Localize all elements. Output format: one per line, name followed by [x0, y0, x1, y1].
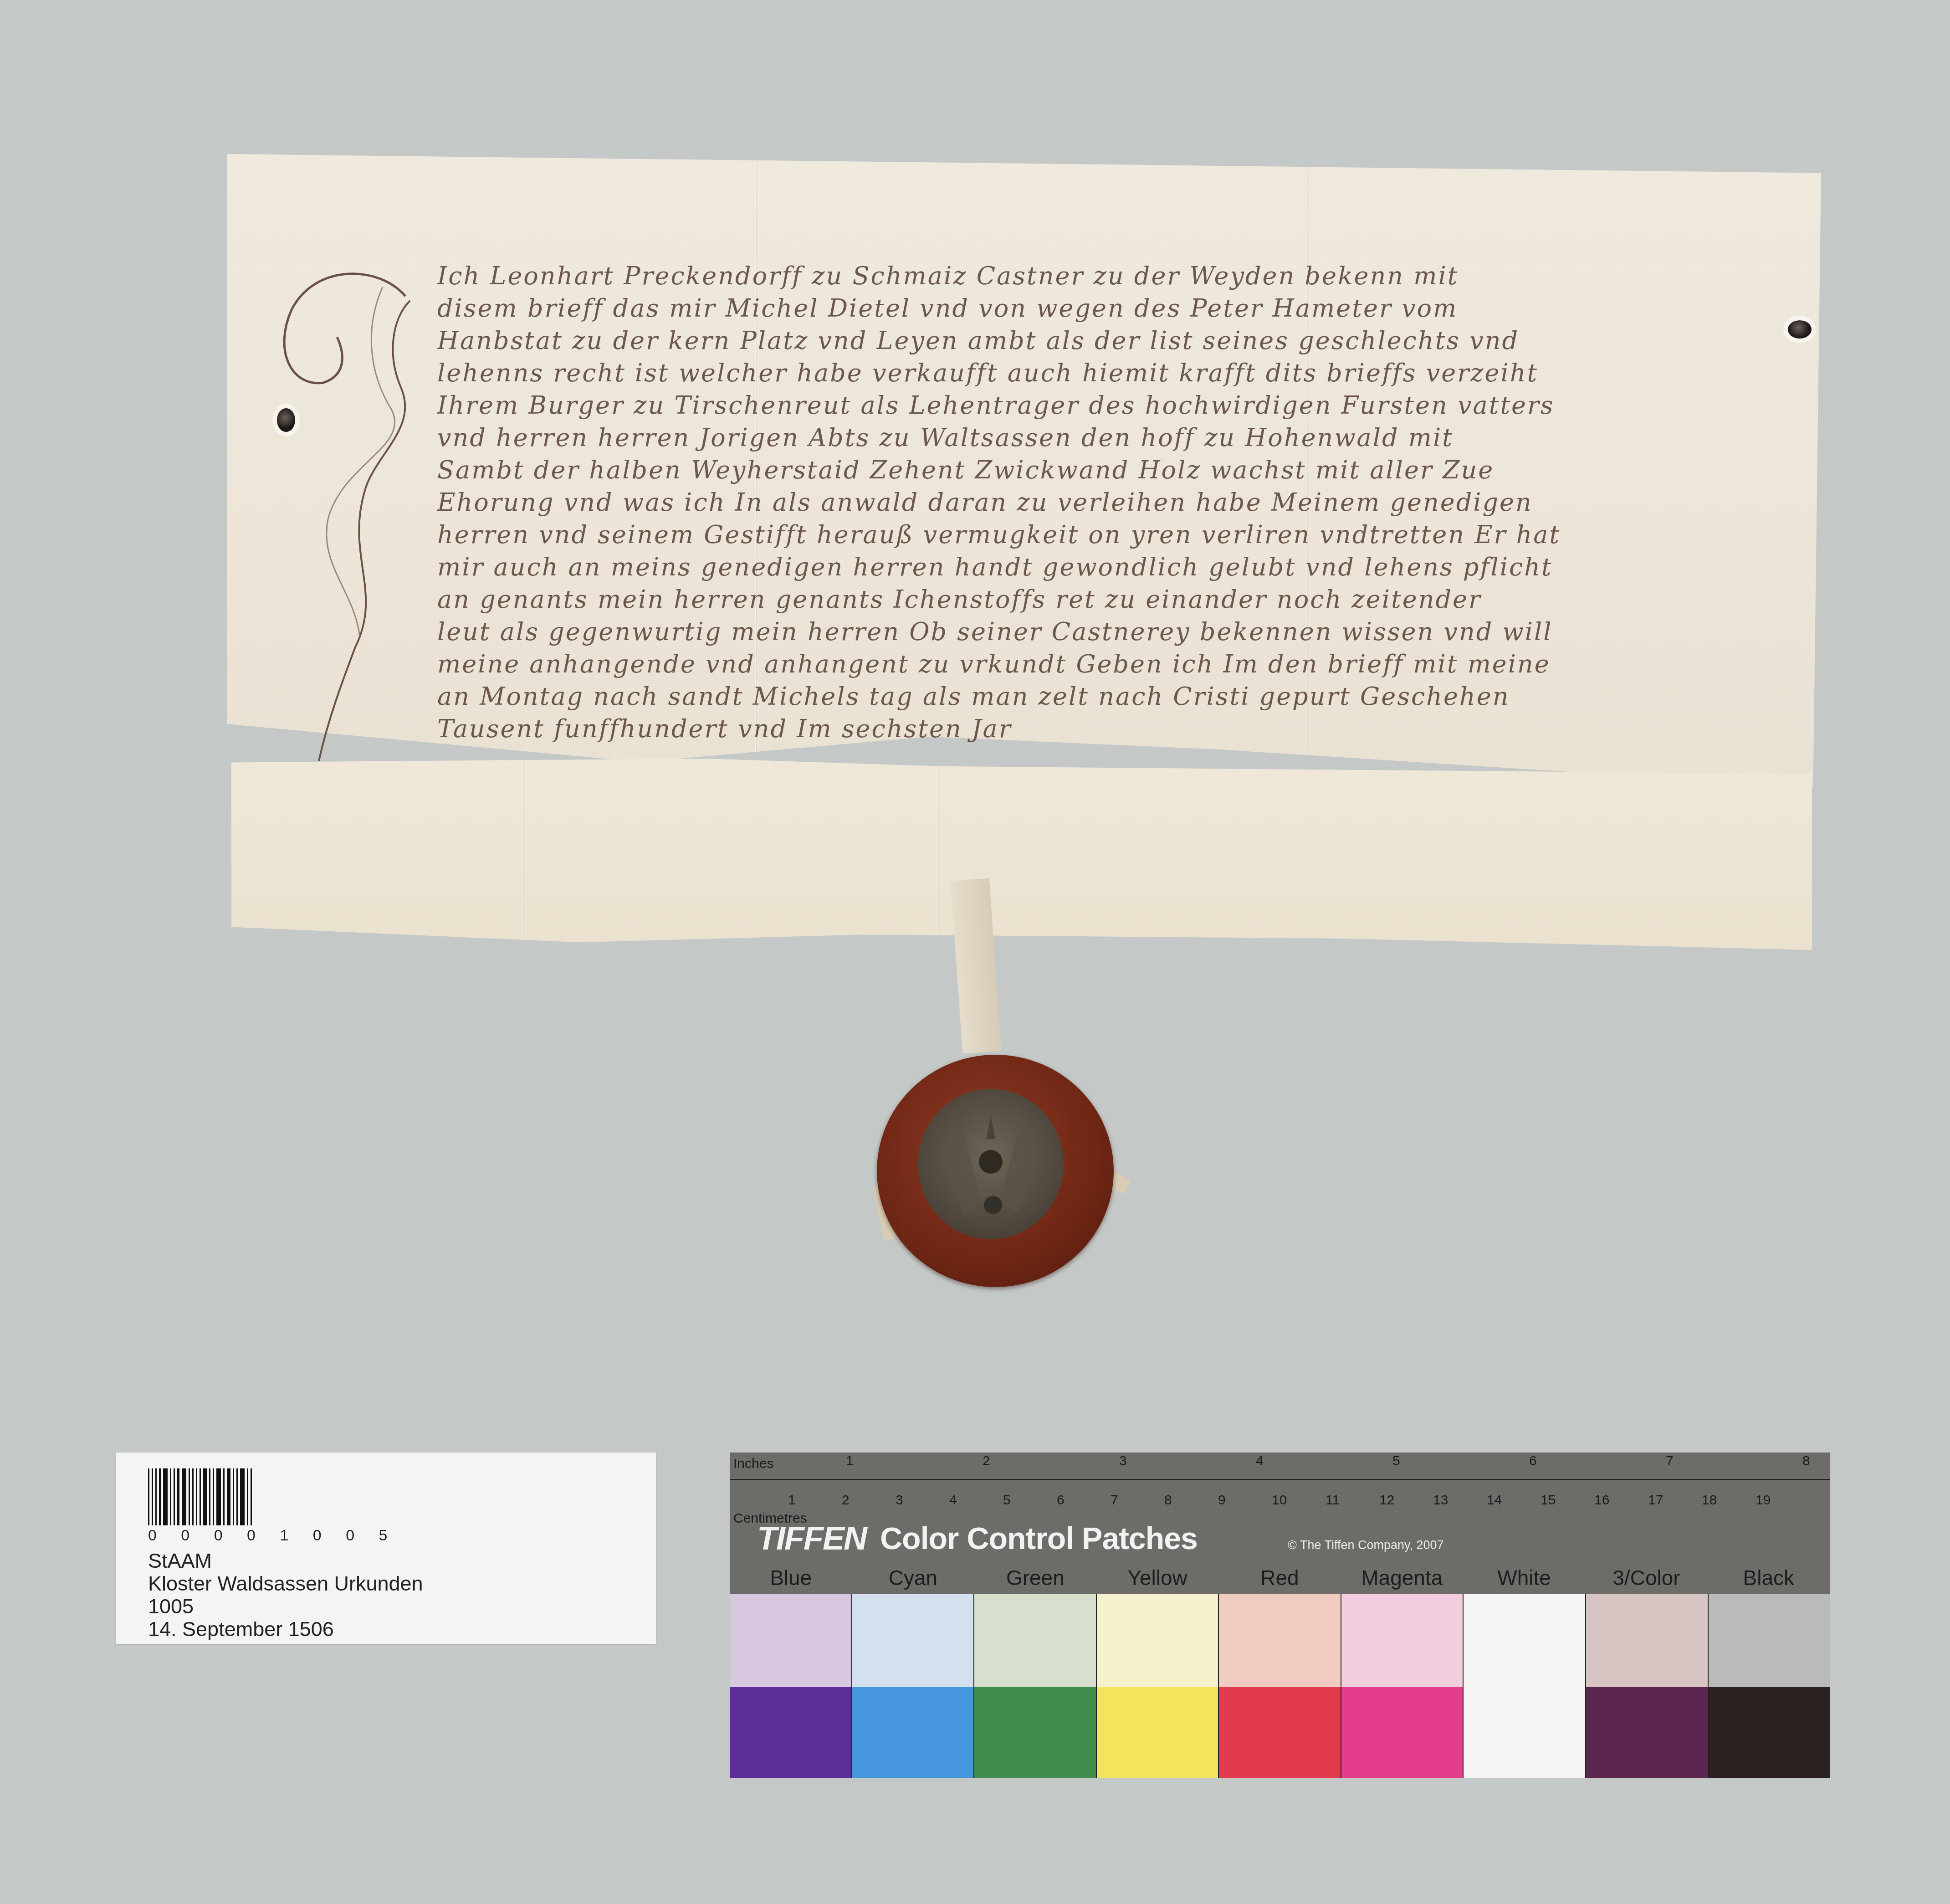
tiffen-color-chart: Inches 1 2 3 4 5 6 7 8 1 2 3 4 5 6 7 8 9… — [730, 1452, 1830, 1778]
script-line: Tausent funffhundert vnd Im sechsten Jar — [437, 713, 1148, 745]
collection-name: Kloster Waldsassen Urkunden — [148, 1572, 423, 1596]
cm-tick-label: 5 — [1003, 1493, 1011, 1508]
script-line: lehenns recht ist welcher habe verkaufft… — [437, 357, 1676, 389]
script-line: meine anhangende vnd anhangent zu vrkund… — [437, 648, 1676, 680]
patch-black — [1708, 1594, 1830, 1778]
wax-seal — [877, 1055, 1114, 1287]
patch-magenta — [1341, 1594, 1463, 1778]
cm-tick-label: 18 — [1702, 1493, 1717, 1508]
patch-blue — [730, 1594, 851, 1778]
cm-tick-label: 7 — [1111, 1493, 1118, 1508]
fold-crease — [523, 759, 526, 950]
script-line: disem brieff das mir Michel Dietel vnd v… — [437, 292, 1676, 324]
fold-crease — [937, 759, 940, 950]
parchment-plica — [231, 759, 1812, 950]
script-line: Ich Leonhart Preckendorff zu Schmaiz Cas… — [437, 260, 1676, 292]
cm-tick-label: 14 — [1487, 1493, 1502, 1508]
patch-label-white: White — [1463, 1565, 1585, 1590]
decorated-initial-icon — [273, 237, 419, 761]
inch-tick-label: 1 — [846, 1453, 854, 1469]
inch-tick-label: 8 — [1802, 1453, 1810, 1469]
tiffen-logo: TIFFEN — [757, 1520, 866, 1557]
cm-tick-label: 15 — [1541, 1493, 1556, 1508]
seal-impression-icon — [918, 1089, 1064, 1239]
inches-label: Inches — [733, 1456, 773, 1472]
patch-red — [1218, 1594, 1341, 1778]
patch-label-3color: 3/Color — [1585, 1565, 1707, 1590]
chart-copyright: © The Tiffen Company, 2007 — [1288, 1538, 1444, 1552]
barcode-icon — [148, 1468, 254, 1525]
patch-label-yellow: Yellow — [1096, 1565, 1218, 1590]
document-number: 1005 — [148, 1595, 194, 1618]
patch-label-black: Black — [1708, 1565, 1830, 1590]
color-patches — [730, 1594, 1830, 1778]
cm-tick-label: 8 — [1164, 1493, 1172, 1508]
script-line: Hanbstat zu der kern Platz vnd Leyen amb… — [437, 324, 1676, 357]
inch-tick-label: 5 — [1392, 1453, 1400, 1469]
script-line: an genants mein herren genants Ichenstof… — [437, 583, 1676, 616]
cm-tick-label: 10 — [1272, 1493, 1287, 1508]
cm-tick-label: 12 — [1379, 1493, 1394, 1508]
cm-tick-label: 11 — [1326, 1493, 1340, 1508]
inch-tick-label: 6 — [1529, 1453, 1537, 1469]
script-line: leut als gegenwurtig mein herren Ob sein… — [437, 616, 1676, 648]
charter-text: Ich Leonhart Preckendorff zu Schmaiz Cas… — [437, 260, 1676, 745]
archive-label: 0 0 0 0 1 0 0 5 StAAM Kloster Waldsassen… — [116, 1452, 656, 1644]
cm-tick-label: 6 — [1057, 1493, 1065, 1508]
inch-tick-label: 2 — [983, 1453, 990, 1469]
patch-label-blue: Blue — [730, 1565, 852, 1590]
script-line: Ihrem Burger zu Tirschenreut als Lehentr… — [437, 389, 1676, 421]
cm-tick-label: 1 — [788, 1493, 796, 1508]
cm-tick-label: 3 — [896, 1493, 903, 1508]
patch-yellow — [1096, 1594, 1218, 1778]
patch-labels: Blue Cyan Green Yellow Red Magenta White… — [730, 1565, 1830, 1590]
cm-tick-label: 13 — [1433, 1493, 1448, 1508]
chart-title: Color Control Patches — [880, 1521, 1198, 1556]
cm-tick-label: 2 — [842, 1493, 850, 1508]
inch-tick-label: 4 — [1256, 1453, 1264, 1469]
cm-tick-label: 16 — [1594, 1493, 1609, 1508]
cm-tick-label: 17 — [1648, 1493, 1663, 1508]
mount-rivet-right — [1788, 320, 1812, 339]
barcode-digits: 0 0 0 0 1 0 0 5 — [148, 1527, 397, 1545]
cm-ruler: 1 2 3 4 5 6 7 8 9 10 11 12 13 14 15 16 1… — [730, 1480, 1830, 1507]
cm-tick-label: 4 — [949, 1493, 957, 1508]
archive-name: StAAM — [148, 1549, 212, 1573]
inch-ruler: Inches 1 2 3 4 5 6 7 8 — [730, 1452, 1830, 1480]
patch-label-cyan: Cyan — [852, 1565, 974, 1590]
patch-label-red: Red — [1218, 1565, 1341, 1590]
script-line: mir auch an meins genedigen herren handt… — [437, 551, 1676, 583]
patch-white — [1463, 1594, 1585, 1778]
patch-cyan — [851, 1594, 974, 1778]
patch-label-magenta: Magenta — [1341, 1565, 1463, 1590]
script-line: Ehorung vnd was ich In als anwald daran … — [437, 486, 1676, 518]
script-line: an Montag nach sandt Michels tag als man… — [437, 680, 1676, 713]
cm-tick-label: 9 — [1218, 1493, 1226, 1508]
script-line: vnd herren herren Jorigen Abts zu Waltsa… — [437, 421, 1676, 454]
patch-label-green: Green — [974, 1565, 1096, 1590]
inch-tick-label: 7 — [1666, 1453, 1674, 1469]
script-line: Sambt der halben Weyherstaid Zehent Zwic… — [437, 454, 1676, 486]
document-date: 14. September 1506 — [148, 1617, 334, 1641]
inch-tick-label: 3 — [1119, 1453, 1127, 1469]
cm-tick-label: 19 — [1756, 1493, 1771, 1508]
patch-green — [973, 1594, 1096, 1778]
script-line: herren vnd seinem Gestifft herauß vermug… — [437, 518, 1676, 551]
patch-3color — [1585, 1594, 1708, 1778]
